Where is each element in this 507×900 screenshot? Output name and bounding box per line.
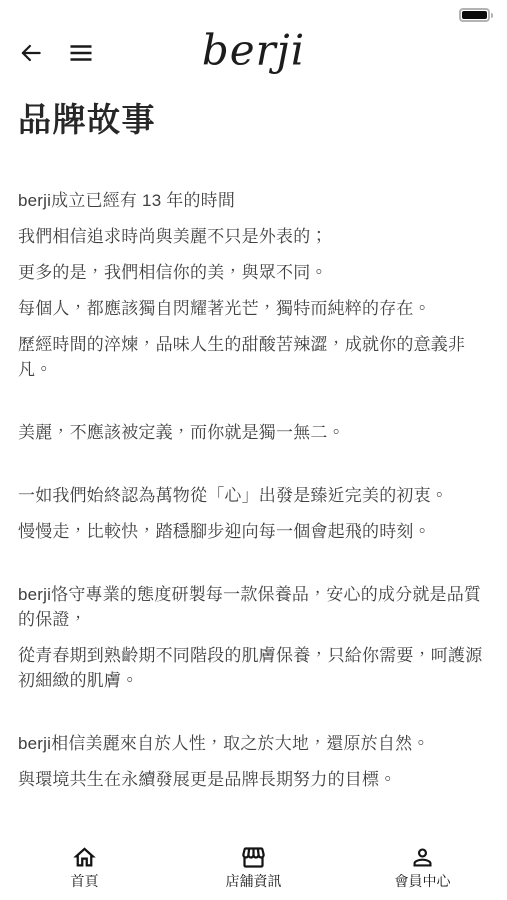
battery-full-icon bbox=[459, 8, 490, 22]
nav-item-home[interactable]: 首頁 bbox=[0, 838, 169, 900]
arrow-left-icon bbox=[18, 40, 44, 66]
top-bar: berji bbox=[0, 26, 507, 80]
brand-story-content: berji成立已經有 13 年的時間 我們相信追求時尚與美麗不只是外表的； 更多… bbox=[0, 142, 507, 792]
status-bar bbox=[0, 0, 507, 26]
story-paragraph: berji恪守專業的態度研製每一款保養品，安心的成分就是品質的保證， bbox=[18, 582, 489, 632]
story-paragraph: 更多的是，我們相信你的美，與眾不同。 bbox=[18, 260, 489, 285]
home-icon bbox=[71, 843, 98, 871]
story-paragraph: berji相信美麗來自於人性，取之於大地，還原於自然。 bbox=[18, 731, 489, 756]
story-paragraph: 慢慢走，比較快，踏穩腳步迎向每一個會起飛的時刻。 bbox=[18, 519, 489, 544]
storefront-icon bbox=[240, 843, 267, 871]
story-paragraph: 一如我們始終認為萬物從「心」出發是臻近完美的初衷。 bbox=[18, 483, 489, 508]
back-button[interactable] bbox=[14, 36, 48, 70]
page-title: 品牌故事 bbox=[18, 98, 489, 142]
nav-label-home: 首頁 bbox=[71, 873, 99, 890]
story-paragraph: 歷經時間的淬煉，品味人生的甜酸苦辣澀，成就你的意義非凡。 bbox=[18, 332, 489, 382]
nav-label-store-info: 店舖資訊 bbox=[226, 873, 282, 890]
brand-logo[interactable]: berji bbox=[202, 29, 305, 71]
story-paragraph: berji成立已經有 13 年的時間 bbox=[18, 188, 489, 213]
story-paragraph: 從青春期到熟齡期不同階段的肌膚保養，只給你需要，呵護源初細緻的肌膚。 bbox=[18, 643, 489, 693]
person-icon bbox=[409, 843, 436, 871]
hamburger-menu-icon bbox=[68, 40, 94, 66]
menu-button[interactable] bbox=[64, 36, 98, 70]
story-paragraph: 每個人，都應該獨自閃耀著光芒，獨特而純粹的存在。 bbox=[18, 296, 489, 321]
story-paragraph: 美麗，不應該被定義，而你就是獨一無二。 bbox=[18, 420, 489, 445]
bottom-nav: 首頁 店舖資訊 會員中心 bbox=[0, 838, 507, 900]
app-screen: berji 品牌故事 berji成立已經有 13 年的時間 我們相信追求時尚與美… bbox=[0, 0, 507, 900]
nav-label-member-center: 會員中心 bbox=[395, 873, 451, 890]
nav-item-store-info[interactable]: 店舖資訊 bbox=[169, 838, 338, 900]
story-paragraph: 我們相信追求時尚與美麗不只是外表的； bbox=[18, 224, 489, 249]
story-paragraph: 與環境共生在永續發展更是品牌長期努力的目標。 bbox=[18, 767, 489, 792]
nav-item-member-center[interactable]: 會員中心 bbox=[338, 838, 507, 900]
